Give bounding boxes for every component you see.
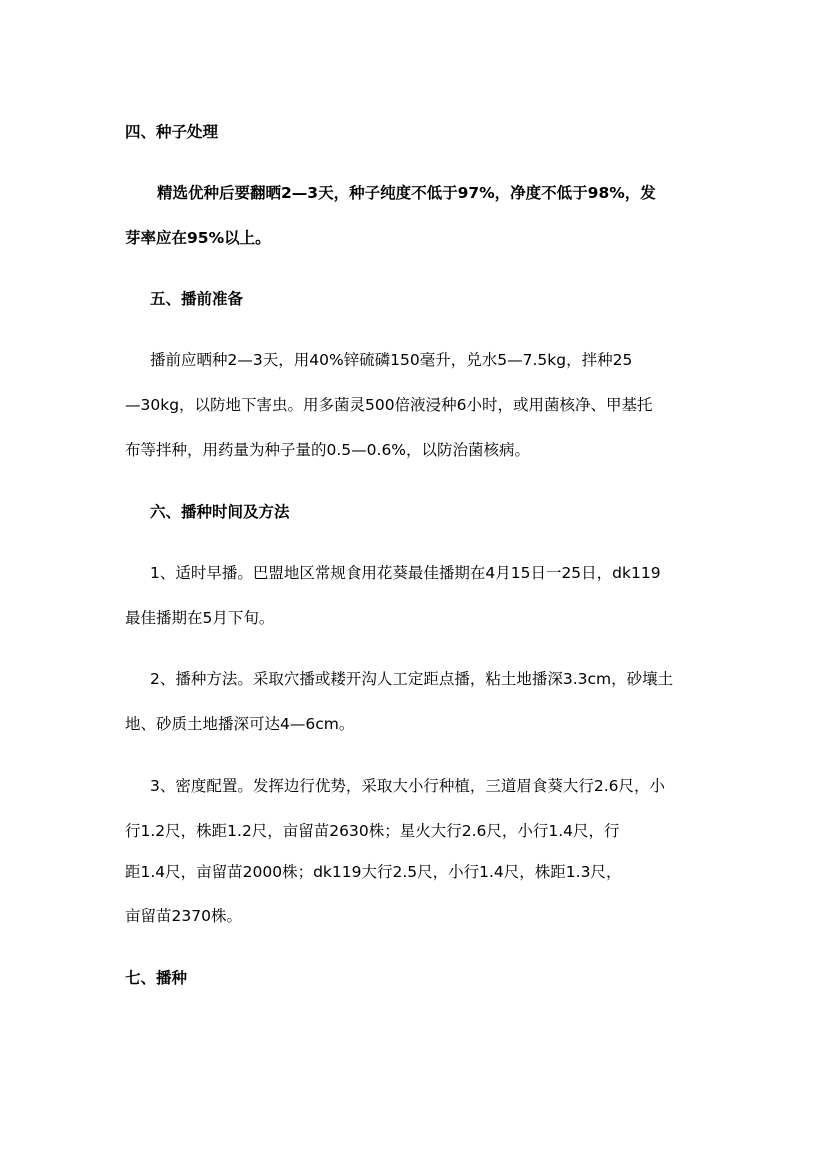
paragraph-line: 1、适时早播。巴盟地区常规食用花葵最佳播期在4月15日一25日，dk119 <box>150 563 661 583</box>
paragraph-line: 最佳播期在5月下旬。 <box>125 608 274 628</box>
paragraph-line: 播前应晒种2—3天，用40%锌硫磷150毫升，兑水5—7.5kg，拌种25 <box>150 350 632 370</box>
paragraph-line: —30kg，以防地下害虫。用多菌灵500倍液浸种6小时，或用菌核净、甲基托 <box>125 395 653 415</box>
paragraph-line: 行1.2尺，株距1.2尺，亩留苗2630株；星火大行2.6尺，小行1.4尺，行 <box>125 821 620 841</box>
section-heading-seed-treatment: 四、种子处理 <box>125 122 218 142</box>
paragraph-line: 精选优种后要翻晒2—3天，种子纯度不低于97%，净度不低于98%，发 <box>157 183 656 203</box>
paragraph-line: 芽率应在95%以上。 <box>125 228 271 248</box>
section-heading-pre-sowing: 五、播前准备 <box>150 289 243 309</box>
section-heading-sowing: 七、播种 <box>125 968 187 988</box>
paragraph-line: 3、密度配置。发挥边行优势，采取大小行种植，三道眉食葵大行2.6尺，小 <box>150 776 665 796</box>
paragraph-line: 布等拌种，用药量为种子量的0.5—0.6%，以防治菌核病。 <box>125 440 530 460</box>
paragraph-line: 地、砂质土地播深可达4—6cm。 <box>125 714 354 734</box>
paragraph-line: 2、播种方法。采取穴播或耧开沟人工定距点播，粘土地播深3.3cm，砂壤土 <box>150 669 673 689</box>
paragraph-line: 距1.4尺，亩留苗2000株；dk119大行2.5尺，小行1.4尺，株距1.3尺… <box>125 862 621 882</box>
paragraph-line: 亩留苗2370株。 <box>125 906 242 926</box>
section-heading-sowing-time-method: 六、播种时间及方法 <box>150 502 290 522</box>
